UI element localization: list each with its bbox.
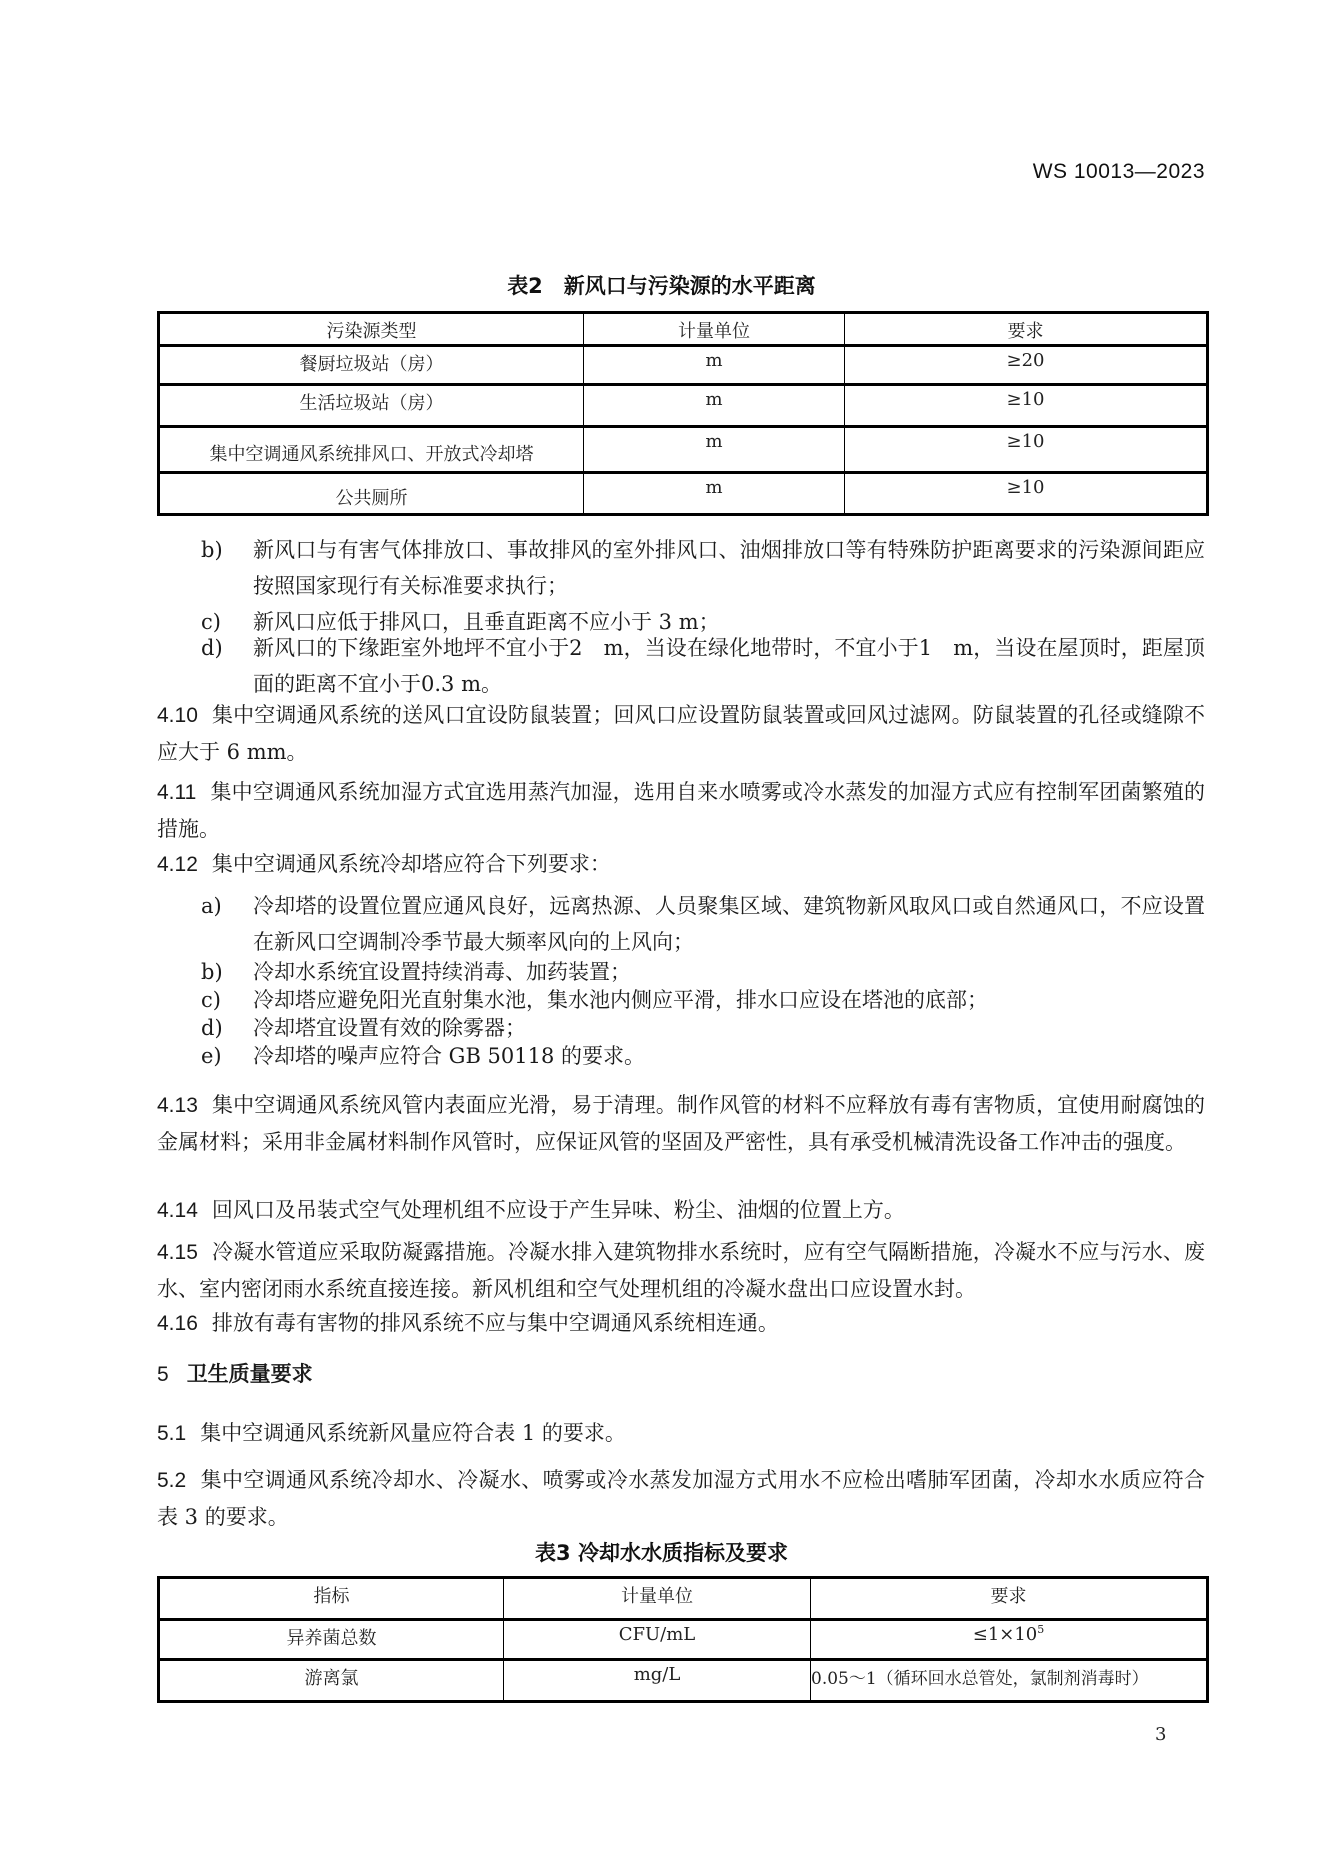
table-cell: m bbox=[584, 346, 845, 385]
clause-text: 冷凝水管道应采取防凝露措施。冷凝水排入建筑物排水系统时，应有空气隔断措施，冷凝水… bbox=[157, 1240, 1205, 1301]
table-cell: m bbox=[584, 427, 845, 473]
table2: 污染源类型 计量单位 要求 餐厨垃圾站（房） m ≥20 生活垃圾站（房） m … bbox=[157, 311, 1209, 516]
clause-4-10: 4.10集中空调通风系统的送风口宜设防鼠装置；回风口应设置防鼠装置或回风过滤网。… bbox=[157, 697, 1205, 770]
list-item: e) 冷却塔的噪声应符合 GB 50118 的要求。 bbox=[201, 1038, 1205, 1074]
standard-number: WS 10013—2023 bbox=[1033, 160, 1205, 184]
clause-number: 4.11 bbox=[157, 781, 196, 804]
clause-number: 4.13 bbox=[157, 1094, 198, 1117]
list-item: a) 冷却塔的设置位置应通风良好，远离热源、人员聚集区域、建筑物新风取风口或自然… bbox=[201, 888, 1205, 960]
clause-number: 5.1 bbox=[157, 1422, 186, 1445]
section-heading: 5卫生质量要求 bbox=[157, 1358, 313, 1388]
clause-number: 4.16 bbox=[157, 1312, 198, 1335]
table-cell: 集中空调通风系统排风口、开放式冷却塔 bbox=[159, 427, 584, 473]
table-header-cell: 要求 bbox=[811, 1578, 1208, 1620]
clause-text: 集中空调通风系统加湿方式宜选用蒸汽加湿，选用自来水喷雾或冷水蒸发的加湿方式应有控… bbox=[157, 780, 1205, 841]
table-cell: m bbox=[584, 385, 845, 427]
table-row: 公共厕所 m ≥10 bbox=[159, 473, 1208, 515]
table-cell: 生活垃圾站（房） bbox=[159, 385, 584, 427]
list-item-text: 新风口的下缘距室外地坪不宜小于2 m，当设在绿化地带时，不宜小于1 m，当设在屋… bbox=[253, 630, 1205, 702]
table-cell: 异养菌总数 bbox=[159, 1620, 504, 1660]
clause-text: 集中空调通风系统冷却水、冷凝水、喷雾或冷水蒸发加湿方式用水不应检出嗜肺军团菌，冷… bbox=[157, 1468, 1205, 1529]
table-header-cell: 计量单位 bbox=[504, 1578, 811, 1620]
table3-title: 表3 冷却水水质指标及要求 bbox=[0, 1537, 1323, 1567]
list-item-label: e) bbox=[201, 1038, 241, 1074]
clause-4-12: 4.12集中空调通风系统冷却塔应符合下列要求： bbox=[157, 846, 1205, 883]
section-title: 卫生质量要求 bbox=[187, 1362, 313, 1386]
clause-5-2: 5.2集中空调通风系统冷却水、冷凝水、喷雾或冷水蒸发加湿方式用水不应检出嗜肺军团… bbox=[157, 1462, 1205, 1535]
table-header-cell: 污染源类型 bbox=[159, 313, 584, 346]
table-cell: mg/L bbox=[504, 1660, 811, 1702]
table-header-cell: 要求 bbox=[845, 313, 1208, 346]
table-cell: ≤1×105 bbox=[811, 1620, 1208, 1660]
clause-text: 排放有毒有害物的排风系统不应与集中空调通风系统相连通。 bbox=[212, 1311, 779, 1335]
table-row: 餐厨垃圾站（房） m ≥20 bbox=[159, 346, 1208, 385]
list-item-text: 冷却塔的噪声应符合 GB 50118 的要求。 bbox=[253, 1038, 1205, 1074]
table-header-row: 污染源类型 计量单位 要求 bbox=[159, 313, 1208, 346]
clause-text: 集中空调通风系统新风量应符合表 1 的要求。 bbox=[200, 1421, 626, 1445]
clause-text: 集中空调通风系统风管内表面应光滑，易于清理。制作风管的材料不应释放有毒有害物质，… bbox=[157, 1093, 1205, 1154]
clause-number: 4.14 bbox=[157, 1199, 198, 1222]
list-item-label: d) bbox=[201, 630, 241, 666]
table-cell: ≥20 bbox=[845, 346, 1208, 385]
clause-5-1: 5.1集中空调通风系统新风量应符合表 1 的要求。 bbox=[157, 1415, 1205, 1452]
list-item-text: 新风口与有害气体排放口、事故排风的室外排风口、油烟排放口等有特殊防护距离要求的污… bbox=[253, 532, 1205, 604]
table-row: 生活垃圾站（房） m ≥10 bbox=[159, 385, 1208, 427]
table-cell: ≥10 bbox=[845, 473, 1208, 515]
list-item: d) 新风口的下缘距室外地坪不宜小于2 m，当设在绿化地带时，不宜小于1 m，当… bbox=[201, 630, 1205, 702]
clause-4-16: 4.16排放有毒有害物的排风系统不应与集中空调通风系统相连通。 bbox=[157, 1305, 1205, 1342]
table-row: 异养菌总数 CFU/mL ≤1×105 bbox=[159, 1620, 1208, 1660]
clause-text: 回风口及吊装式空气处理机组不应设于产生异味、粉尘、油烟的位置上方。 bbox=[212, 1198, 905, 1222]
clause-4-11: 4.11集中空调通风系统加湿方式宜选用蒸汽加湿，选用自来水喷雾或冷水蒸发的加湿方… bbox=[157, 774, 1205, 847]
clause-4-13: 4.13集中空调通风系统风管内表面应光滑，易于清理。制作风管的材料不应释放有毒有… bbox=[157, 1087, 1205, 1160]
clause-text: 集中空调通风系统冷却塔应符合下列要求： bbox=[212, 852, 611, 876]
clause-number: 4.15 bbox=[157, 1241, 198, 1264]
clause-number: 4.12 bbox=[157, 853, 198, 876]
section-number: 5 bbox=[157, 1363, 169, 1386]
clause-4-14: 4.14回风口及吊装式空气处理机组不应设于产生异味、粉尘、油烟的位置上方。 bbox=[157, 1192, 1205, 1229]
table-header-row: 指标 计量单位 要求 bbox=[159, 1578, 1208, 1620]
table2-title: 表2 新风口与污染源的水平距离 bbox=[0, 270, 1323, 300]
page-number: 3 bbox=[1155, 1724, 1166, 1745]
table-cell: CFU/mL bbox=[504, 1620, 811, 1660]
list-item-text: 冷却塔的设置位置应通风良好，远离热源、人员聚集区域、建筑物新风取风口或自然通风口… bbox=[253, 888, 1205, 960]
table-row: 集中空调通风系统排风口、开放式冷却塔 m ≥10 bbox=[159, 427, 1208, 473]
table-cell: ≥10 bbox=[845, 385, 1208, 427]
table-cell: 餐厨垃圾站（房） bbox=[159, 346, 584, 385]
table-header-cell: 指标 bbox=[159, 1578, 504, 1620]
table-row: 游离氯 mg/L 0.05～1（循环回水总管处，氯制剂消毒时） bbox=[159, 1660, 1208, 1702]
list-item: b) 新风口与有害气体排放口、事故排风的室外排风口、油烟排放口等有特殊防护距离要… bbox=[201, 532, 1205, 604]
clause-text: 集中空调通风系统的送风口宜设防鼠装置；回风口应设置防鼠装置或回风过滤网。防鼠装置… bbox=[157, 703, 1205, 764]
clause-4-15: 4.15冷凝水管道应采取防凝露措施。冷凝水排入建筑物排水系统时，应有空气隔断措施… bbox=[157, 1234, 1205, 1307]
clause-number: 4.10 bbox=[157, 704, 198, 727]
list-item-label: b) bbox=[201, 532, 241, 568]
table-cell: 公共厕所 bbox=[159, 473, 584, 515]
clause-number: 5.2 bbox=[157, 1469, 186, 1492]
table-cell: ≥10 bbox=[845, 427, 1208, 473]
table-cell: 0.05～1（循环回水总管处，氯制剂消毒时） bbox=[811, 1660, 1208, 1702]
table3: 指标 计量单位 要求 异养菌总数 CFU/mL ≤1×105 游离氯 mg/L … bbox=[157, 1576, 1209, 1703]
table-header-cell: 计量单位 bbox=[584, 313, 845, 346]
list-item-label: a) bbox=[201, 888, 241, 924]
table-cell: m bbox=[584, 473, 845, 515]
table-cell: 游离氯 bbox=[159, 1660, 504, 1702]
